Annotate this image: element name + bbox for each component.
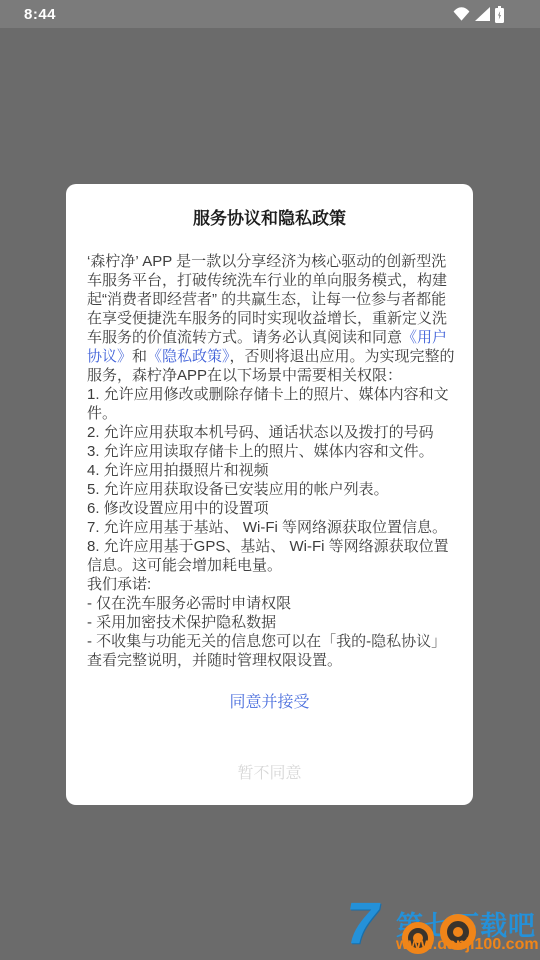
permission-item: 3. 允许应用读取存储卡上的照片、媒体内容和文件。 — [87, 442, 458, 461]
battery-charging-icon — [495, 6, 504, 23]
status-icons — [453, 6, 504, 23]
intro-paragraph: ‘森柠净’ APP 是一款以分享经济为核心驱动的创新型洗车服务平台，打破传统洗车… — [87, 252, 458, 385]
permission-item: 2. 允许应用获取本机号码、通话状态以及拨打的号码 — [87, 423, 458, 442]
privacy-policy-dialog: 服务协议和隐私政策 ‘森柠净’ APP 是一款以分享经济为核心驱动的创新型洗车服… — [66, 184, 473, 805]
watermark-site-name: 第七下载吧 — [396, 904, 536, 943]
permission-item: 7. 允许应用基于基站、 Wi-Fi 等网络源获取位置信息。 — [87, 518, 458, 537]
watermark-logo-seven: 7 — [346, 890, 378, 957]
dialog-body: ‘森柠净’ APP 是一款以分享经济为核心驱动的创新型洗车服务平台，打破传统洗车… — [66, 252, 473, 670]
permission-item: 4. 允许应用拍摄照片和视频 — [87, 461, 458, 480]
site-watermark: 7 第七下载吧 www.danji100.com — [344, 898, 540, 960]
promise-item: - 不收集与功能无关的信息您可以在「我的-隐私协议」查看完整说明，并随时管理权限… — [87, 632, 458, 670]
wifi-icon — [453, 7, 470, 21]
agree-button[interactable]: 同意并接受 — [66, 687, 473, 714]
promise-title: 我们承诺: — [87, 575, 458, 594]
permission-item: 8. 允许应用基于GPS、基站、 Wi-Fi 等网络源获取位置信息。这可能会增加… — [87, 537, 458, 575]
dialog-title: 服务协议和隐私政策 — [66, 204, 473, 229]
disagree-button[interactable]: 暂不同意 — [66, 758, 473, 785]
watermark-url: www.danji100.com — [396, 936, 539, 954]
intro-text-2: 和 — [132, 348, 147, 365]
watermark-mascot-eye-icon — [402, 922, 434, 954]
permission-item: 6. 修改设置应用中的设置项 — [87, 499, 458, 518]
permission-item: 1. 允许应用修改或删除存储卡上的照片、媒体内容和文件。 — [87, 385, 458, 423]
permission-item: 5. 允许应用获取设备已安装应用的帐户列表。 — [87, 480, 458, 499]
status-bar: 8:44 — [0, 0, 540, 28]
promise-item: - 仅在洗车服务必需时申请权限 — [87, 594, 458, 613]
promise-item: - 采用加密技术保护隐私数据 — [87, 613, 458, 632]
intro-text-1: ‘森柠净’ APP 是一款以分享经济为核心驱动的创新型洗车服务平台，打破传统洗车… — [87, 253, 447, 346]
watermark-mascot-eye-icon — [440, 914, 476, 950]
phone-screen: 8:44 服务协议和隐私政策 — [0, 0, 540, 960]
clock-time: 8:44 — [24, 6, 56, 23]
cellular-signal-icon — [475, 7, 490, 21]
privacy-policy-link[interactable]: 《隐私政策》 — [147, 348, 230, 365]
